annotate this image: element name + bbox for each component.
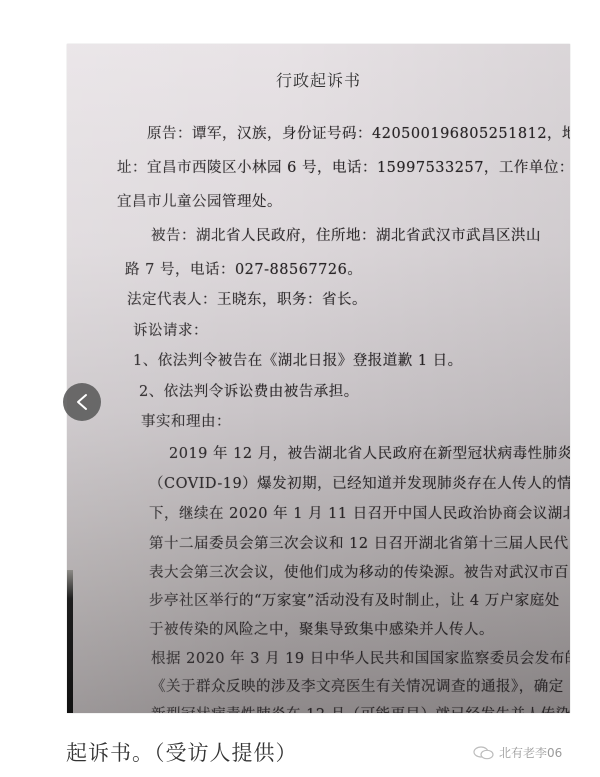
previous-image-button[interactable] xyxy=(63,383,101,421)
document-line: 下，继续在 2020 年 1 月 11 日召开中国人民政治协商会议湖北省 xyxy=(149,502,570,523)
document-line: 表大会第三次会议，使他们成为移动的传染源。被告对武汉市百 xyxy=(149,561,569,582)
document-line: 法定代表人：王晓东，职务：省长。 xyxy=(127,288,367,309)
document-line: 诉讼请求： xyxy=(133,319,208,340)
document-line: 宜昌市儿童公园管理处。 xyxy=(117,190,282,211)
document-line: 事实和理由： xyxy=(141,410,231,431)
watermark: 北有老李06 xyxy=(473,744,562,761)
wechat-icon xyxy=(473,746,495,760)
image-caption: 起诉书。（受访人提供） xyxy=(66,737,298,767)
document-line: 根据 2020 年 3 月 19 日中华人民共和国国家监察委员会发布的 xyxy=(151,647,570,668)
chevron-left-icon xyxy=(75,393,89,411)
document-line: 第十二届委员会第三次会议和 12 日召开湖北省第十三届人民代 xyxy=(149,532,569,553)
document-line: 新型冠状病毒性肺炎在 12 月（可能更早）就已经发生并人传染 xyxy=(151,703,570,713)
photo-edge-shadow xyxy=(67,570,73,713)
document-title: 行政起诉书 xyxy=(67,68,570,91)
document-line: 2、依法判令诉讼费由被告承担。 xyxy=(139,380,359,401)
document-line: 于被传染的风险之中，聚集导致集中感染并人传人。 xyxy=(149,618,494,639)
document-photo: 行政起诉书 原告：谭军，汉族，身份证号码：420500196805251812，… xyxy=(67,44,570,713)
document-line: 被告：湖北省人民政府，住所地：湖北省武汉市武昌区洪山 xyxy=(151,224,541,245)
document-line: 2019 年 12 月，被告湖北省人民政府在新型冠状病毒性肺炎 xyxy=(169,442,570,463)
document-line: 步亭社区举行的“万家宴”活动没有及时制止，让 4 万户家庭处 xyxy=(149,589,560,610)
watermark-text: 北有老李06 xyxy=(499,744,562,761)
document-line: 路 7 号，电话：027-88567726。 xyxy=(125,258,362,279)
document-line: 址：宜昌市西陵区小林园 6 号，电话：15997533257，工作单位： xyxy=(117,156,570,177)
document-line: 1、依法判令被告在《湖北日报》登报道歉 1 日。 xyxy=(133,349,463,370)
document-line: （COVID-19）爆发初期，已经知道并发现肺炎存在人传人的情况 xyxy=(149,472,570,493)
document-line: 《关于群众反映的涉及李文亮医生有关情况调查的通报》，确定 xyxy=(151,675,564,696)
document-line: 原告：谭军，汉族，身份证号码：420500196805251812，地 xyxy=(147,122,570,143)
